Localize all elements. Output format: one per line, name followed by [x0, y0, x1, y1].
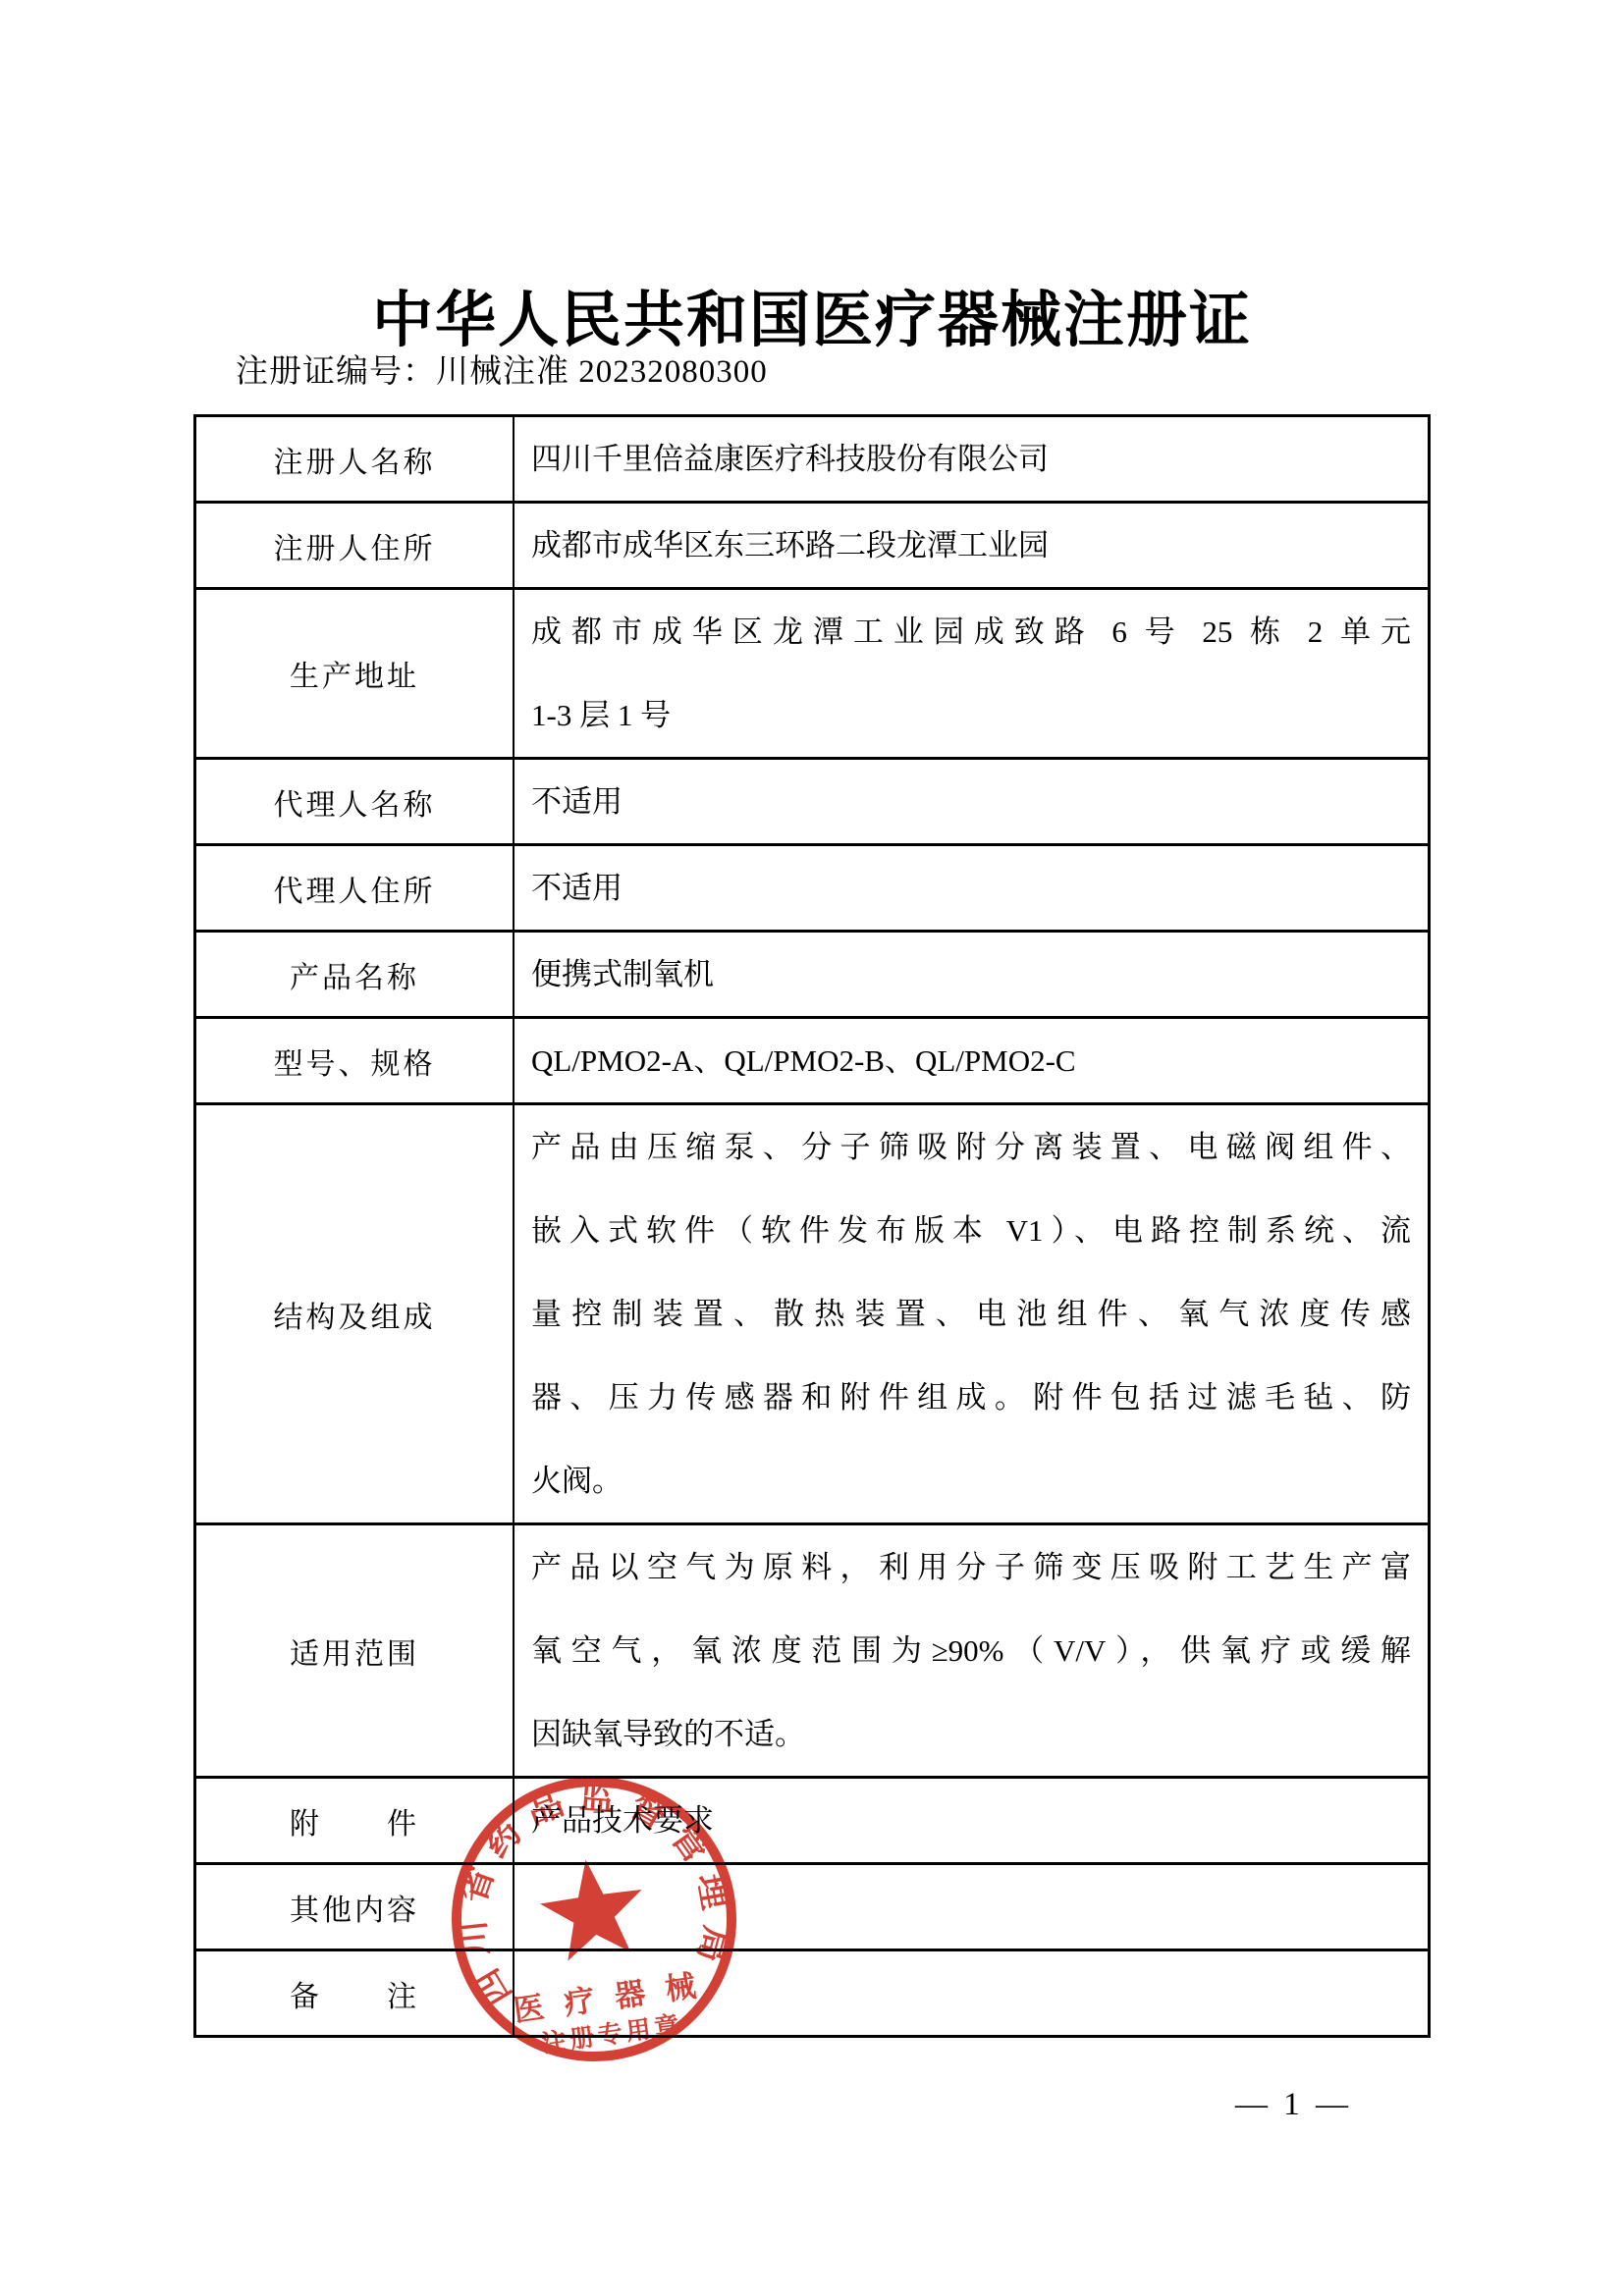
row-label: 注册人名称 — [196, 417, 514, 501]
table-row: 产品名称便携式制氧机 — [196, 933, 1428, 1019]
row-value — [514, 1865, 1428, 1949]
row-label: 其他内容 — [196, 1865, 514, 1949]
row-value — [514, 1951, 1428, 2035]
row-value-line: 因缺氧导致的不适。 — [531, 1692, 1411, 1776]
row-value: 产品技术要求 — [514, 1779, 1428, 1862]
table-row: 代理人住所不适用 — [196, 846, 1428, 933]
row-label: 型号、规格 — [196, 1019, 514, 1102]
row-value: 成都市成华区东三环路二段龙潭工业园 — [514, 504, 1428, 587]
table-row: 结构及组成产品由压缩泵、分子筛吸附分离装置、电磁阀组件、嵌入式软件（软件发布版本… — [196, 1105, 1428, 1525]
table-row: 代理人名称不适用 — [196, 760, 1428, 846]
row-value-line: QL/PMO2-A、QL/PMO2-B、QL/PMO2-C — [531, 1019, 1411, 1102]
table-row: 型号、规格QL/PMO2-A、QL/PMO2-B、QL/PMO2-C — [196, 1019, 1428, 1105]
row-value: 不适用 — [514, 760, 1428, 843]
table-row: 其他内容 — [196, 1865, 1428, 1951]
row-value-line: 氧空气，氧浓度范围为≥90%（V/V），供氧疗或缓解 — [531, 1609, 1411, 1692]
row-value-line: 产品由压缩泵、分子筛吸附分离装置、电磁阀组件、 — [531, 1105, 1411, 1189]
table-row: 生产地址成都市成华区龙潭工业园成致路 6 号 25 栋 2 单元1-3 层 1 … — [196, 590, 1428, 760]
row-value-line: 不适用 — [531, 846, 1411, 930]
page-number: — 1 — — [1235, 2087, 1352, 2123]
certificate-page: 中华人民共和国医疗器械注册证 注册证编号：川械注准 20232080300 注册… — [0, 0, 1624, 2296]
row-label: 代理人住所 — [196, 846, 514, 930]
cert-number-label: 注册证编号： — [236, 354, 436, 390]
row-value-line: 四川千里倍益康医疗科技股份有限公司 — [531, 417, 1411, 501]
row-label: 注册人住所 — [196, 504, 514, 587]
row-value-line: 成都市成华区龙潭工业园成致路 6 号 25 栋 2 单元 — [531, 590, 1411, 673]
row-label: 适用范围 — [196, 1525, 514, 1776]
row-label: 产品名称 — [196, 933, 514, 1016]
page-title: 中华人民共和国医疗器械注册证 — [0, 287, 1624, 353]
table-row: 附 件产品技术要求 — [196, 1779, 1428, 1865]
row-value: 产品由压缩泵、分子筛吸附分离装置、电磁阀组件、嵌入式软件（软件发布版本 V1）、… — [514, 1105, 1428, 1522]
table-row: 备 注 — [196, 1951, 1428, 2035]
row-label: 备 注 — [196, 1951, 514, 2035]
row-label: 代理人名称 — [196, 760, 514, 843]
row-value-line: 嵌入式软件（软件发布版本 V1）、电路控制系统、流 — [531, 1189, 1411, 1272]
row-value-line — [531, 1951, 1411, 2035]
cert-number-line: 注册证编号：川械注准 20232080300 — [236, 346, 768, 392]
row-label: 生产地址 — [196, 590, 514, 757]
row-value: 产品以空气为原料，利用分子筛变压吸附工艺生产富氧空气，氧浓度范围为≥90%（V/… — [514, 1525, 1428, 1776]
table-row: 注册人住所成都市成华区东三环路二段龙潭工业园 — [196, 504, 1428, 590]
row-label: 附 件 — [196, 1779, 514, 1862]
row-value-line: 不适用 — [531, 760, 1411, 843]
row-value-line: 1-3 层 1 号 — [531, 673, 1411, 757]
table-row: 注册人名称四川千里倍益康医疗科技股份有限公司 — [196, 417, 1428, 504]
row-value: 便携式制氧机 — [514, 933, 1428, 1016]
table-row: 适用范围产品以空气为原料，利用分子筛变压吸附工艺生产富氧空气，氧浓度范围为≥90… — [196, 1525, 1428, 1779]
row-value: QL/PMO2-A、QL/PMO2-B、QL/PMO2-C — [514, 1019, 1428, 1102]
row-value-line: 成都市成华区东三环路二段龙潭工业园 — [531, 504, 1411, 587]
row-value-line: 产品技术要求 — [531, 1779, 1411, 1862]
row-value: 四川千里倍益康医疗科技股份有限公司 — [514, 417, 1428, 501]
row-value-line: 器、压力传感器和附件组成。附件包括过滤毛毡、防 — [531, 1356, 1411, 1439]
row-value-line: 火阀。 — [531, 1439, 1411, 1522]
row-label: 结构及组成 — [196, 1105, 514, 1522]
row-value-line: 产品以空气为原料，利用分子筛变压吸附工艺生产富 — [531, 1525, 1411, 1609]
row-value: 成都市成华区龙潭工业园成致路 6 号 25 栋 2 单元1-3 层 1 号 — [514, 590, 1428, 757]
row-value-line: 量控制装置、散热装置、电池组件、氧气浓度传感 — [531, 1272, 1411, 1356]
row-value-line: 便携式制氧机 — [531, 933, 1411, 1016]
row-value: 不适用 — [514, 846, 1428, 930]
row-value-line — [531, 1865, 1411, 1949]
cert-number-value: 川械注准 20232080300 — [436, 354, 768, 390]
registration-table: 注册人名称四川千里倍益康医疗科技股份有限公司注册人住所成都市成华区东三环路二段龙… — [193, 414, 1431, 2038]
